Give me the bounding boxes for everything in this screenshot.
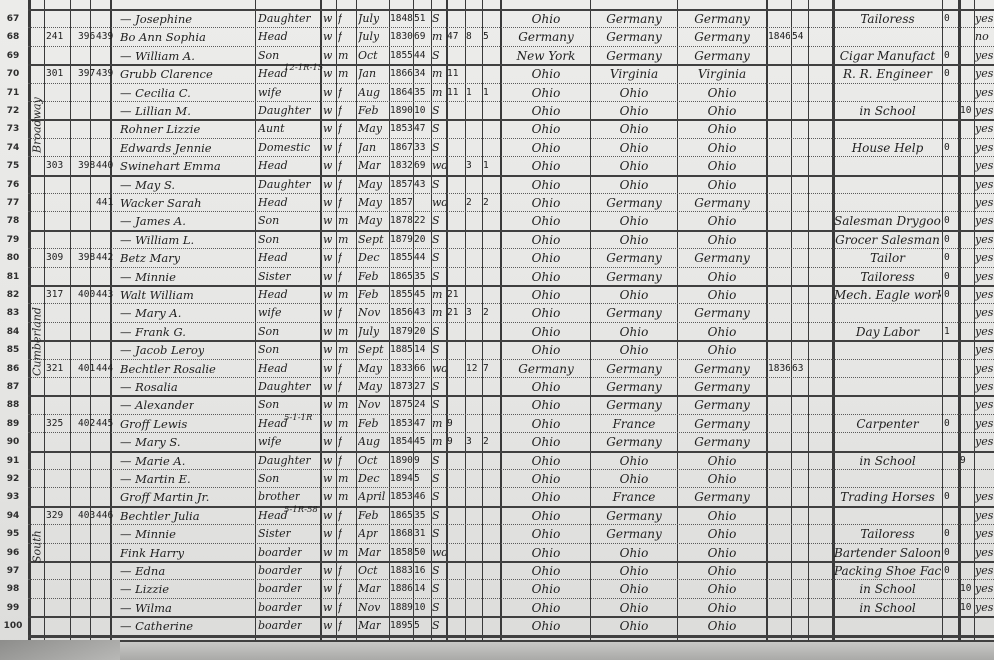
cell-school: 10 [960,601,971,615]
cell-sex: m [338,325,348,339]
line-number: 76 [0,180,26,190]
cell-sex: f [338,159,342,173]
cell-father-bp: Ohio [592,454,676,468]
cell-month: April [358,490,385,504]
cell-color: w [323,288,332,302]
column-rule [110,0,112,640]
line-number: 92 [0,474,26,484]
cell-year: 1894 [390,472,413,486]
column-rule [90,0,91,640]
cell-sex: f [338,196,342,210]
line-number: 81 [0,272,26,282]
cell-month: Aug [358,86,380,100]
column-rule [958,0,961,640]
cell-month: Apr [358,527,378,541]
cell-father-bp: Ohio [592,288,676,302]
cell-sex: f [338,619,342,633]
cell-sex: m [338,398,348,412]
cell-sex: f [338,104,342,118]
row-rule [28,119,994,121]
cell-lit: yes [975,270,993,284]
cell-family: 441 [96,196,113,210]
cell-name: — Catherine [120,619,193,633]
cell-dwelling: 397 [78,67,95,81]
cell-mother-bp: Germany [679,490,765,504]
cell-mother-of: 3 [466,435,472,449]
cell-year: 1854 [390,435,413,449]
cell-mother-bp: Ohio [679,546,765,560]
cell-sex: f [338,141,342,155]
cell-age: 27 [414,380,425,394]
row-rule [28,138,994,139]
cell-year: 1883 [390,564,413,578]
cell-marital: m [432,30,442,44]
row-rule [28,340,994,342]
cell-dwelling: 396 [78,30,95,44]
cell-birthplace: Ohio [503,619,589,633]
cell-month: Dec [358,472,380,486]
cell-color: w [323,417,332,431]
cell-color: w [323,233,332,247]
cell-marital: S [432,454,440,468]
cell-relation: Head [258,159,288,173]
cell-name: Wacker Sarah [120,196,202,210]
cell-color: w [323,582,332,596]
cell-relation: Head [258,30,288,44]
cell-mother-bp: Ohio [679,454,765,468]
cell-relation: wife [258,306,282,320]
line-number: 94 [0,511,26,521]
cell-color: w [323,251,332,265]
cell-lit: yes [975,288,993,302]
cell-mother-bp: Germany [679,30,765,44]
cell-age: 14 [414,582,425,596]
cell-color: w [323,564,332,578]
cell-mother-bp: Ohio [679,270,765,284]
cell-occupation: Mech. Eagle works [834,288,941,302]
cell-age: 5 [414,472,420,486]
cell-lit: no [975,30,989,44]
cell-color: w [323,343,332,357]
cell-birthplace: Ohio [503,141,589,155]
line-number: 87 [0,382,26,392]
cell-relation: Head [258,196,288,210]
cell-mother-bp: Germany [679,380,765,394]
cell-name: — Edna [120,564,165,578]
cell-age: 33 [414,141,425,155]
cell-occupation: Grocer Salesman [834,233,941,247]
cell-marital: m [432,86,442,100]
cell-relation: boarder [258,564,302,578]
cell-relation: Son [258,343,279,357]
cell-color: w [323,398,332,412]
column-rule [832,0,835,640]
cell-color: w [323,546,332,560]
cell-occupation: Cigar Manufact [834,49,941,63]
cell-father-bp: Germany [592,251,676,265]
cell-name: Bechtler Julia [120,509,200,523]
column-rule [791,0,792,640]
cell-lit: yes [975,417,993,431]
cell-father-bp: Ohio [592,546,676,560]
cell-age: 5 [414,619,420,633]
cell-color: w [323,509,332,523]
cell-year: 1832 [390,159,413,173]
cell-occupation: Bartender Saloon [834,546,941,560]
cell-age: 47 [414,122,425,136]
cell-unemployed: 0 [944,214,950,228]
cell-family: 446 [96,509,113,523]
cell-age: 10 [414,601,425,615]
cell-mother-bp: Germany [679,398,765,412]
row-rule [28,616,994,618]
cell-house: 301 [46,67,63,81]
cell-annotation: 5-1-1R [284,411,312,425]
cell-age: 45 [414,288,425,302]
cell-marital: S [432,141,440,155]
cell-age: 51 [414,12,425,26]
cell-color: w [323,601,332,615]
cell-living: 2 [483,435,489,449]
cell-month: Aug [358,435,380,449]
cell-age: 69 [414,159,425,173]
cell-name: — Cecilia C. [120,86,191,100]
cell-marital: S [432,270,440,284]
cell-month: Mar [358,546,381,560]
cell-sex: m [338,288,348,302]
cell-house: 303 [46,159,63,173]
cell-month: Feb [358,509,379,523]
cell-year: 1889 [390,601,413,615]
cell-year: 1864 [390,86,413,100]
cell-mother-bp: Ohio [679,288,765,302]
column-rule [44,0,45,640]
cell-marital: S [432,619,440,633]
cell-father-bp: Ohio [592,472,676,486]
cell-year: 1885 [390,343,413,357]
cell-year: 1855 [390,251,413,265]
cell-occupation: in School [834,104,941,118]
cell-sex: m [338,546,348,560]
cell-lit: yes [975,214,993,228]
cell-month: July [358,30,379,44]
cell-color: w [323,12,332,26]
cell-marital: S [432,380,440,394]
cell-birthplace: Ohio [503,564,589,578]
line-number: 96 [0,548,26,558]
cell-month: Jan [358,141,376,155]
cell-marital: wd [432,546,446,560]
cell-year: 1853 [390,417,413,431]
cell-sex: f [338,380,342,394]
cell-living: 5 [483,30,489,44]
cell-house: 241 [46,30,63,44]
cell-father-bp: Germany [592,306,676,320]
cell-color: w [323,270,332,284]
cell-color: w [323,30,332,44]
cell-unemployed: 0 [944,288,950,302]
cell-mother-bp: Ohio [679,509,765,523]
row-rule [28,101,994,102]
cell-marital: S [432,527,440,541]
row-rule [28,303,994,304]
cell-mother-bp: Ohio [679,86,765,100]
cell-birthplace: Ohio [503,435,589,449]
cell-age: 35 [414,86,425,100]
cell-family: 439 [96,67,113,81]
cell-color: w [323,490,332,504]
cell-year: 1856 [390,306,413,320]
cell-mother-bp: Virginia [679,67,765,81]
cell-name: Betz Mary [120,251,180,265]
line-number: 99 [0,603,26,613]
cell-lit: yes [975,49,993,63]
cell-color: w [323,196,332,210]
line-number: 90 [0,437,26,447]
cell-color: w [323,104,332,118]
cell-lit: yes [975,325,993,339]
cell-living: 1 [483,86,489,100]
cell-father-bp: Ohio [592,233,676,247]
cell-unemployed: 0 [944,251,950,265]
cell-year: 1857 [390,178,413,192]
row-rule [28,156,994,157]
cell-father-bp: Ohio [592,86,676,100]
cell-father-bp: Ohio [592,178,676,192]
cell-year: 1858 [390,546,413,560]
cell-dwelling: 398 [78,251,95,265]
cell-mother-bp: Ohio [679,141,765,155]
cell-unemployed: 0 [944,12,950,26]
row-rule [28,506,994,508]
cell-age: 31 [414,527,425,541]
cell-mother-of: 3 [466,306,472,320]
cell-unemployed: 0 [944,417,950,431]
cell-name: — Alexander [120,398,194,412]
cell-occupation: Carpenter [834,417,941,431]
column-rule [677,0,678,640]
cell-birthplace: Ohio [503,509,589,523]
cell-relation: Daughter [258,104,311,118]
cell-color: w [323,178,332,192]
cell-color: w [323,527,332,541]
column-rule [320,0,322,640]
cell-name: — Mary A. [120,306,181,320]
cell-marital: m [432,306,442,320]
cell-sex: f [338,601,342,615]
cell-annotation: 5-1R-58 [284,503,318,517]
cell-relation: Head [258,362,288,376]
cell-month: Jan [358,67,376,81]
line-number: 82 [0,290,26,300]
cell-relation: Daughter [258,454,311,468]
row-rule [28,377,994,378]
cell-mother-bp: Ohio [679,343,765,357]
cell-occupation: R. R. Engineer [834,67,941,81]
cell-sex: f [338,527,342,541]
cell-name: Swinehart Emma [120,159,221,173]
cell-sex: m [338,343,348,357]
column-rule [70,0,71,640]
cell-relation: Son [258,398,279,412]
cell-birthplace: Ohio [503,122,589,136]
cell-family: 443 [96,288,113,302]
cell-unemployed: 0 [944,49,950,63]
cell-yrs-married: 9 [447,417,453,431]
street-label-cumberland: Cumberland [31,307,44,376]
row-rule [28,267,994,268]
cell-month: Nov [358,306,380,320]
cell-age: 66 [414,362,425,376]
cell-year: 1855 [390,288,413,302]
cell-relation: Head [258,251,288,265]
cell-marital: S [432,343,440,357]
cell-age: 35 [414,270,425,284]
cell-father-bp: Ohio [592,214,676,228]
line-number: 78 [0,216,26,226]
cell-birthplace: Ohio [503,196,589,210]
cell-mother-bp: Ohio [679,233,765,247]
cell-sex: f [338,564,342,578]
cell-marital: S [432,12,440,26]
cell-lit: yes [975,564,993,578]
cell-lit: yes [975,601,993,615]
cell-mother-bp: Germany [679,306,765,320]
cell-name: — James A. [120,214,186,228]
cell-lit: yes [975,490,993,504]
cell-color: w [323,325,332,339]
cell-birthplace: Ohio [503,601,589,615]
cell-name: — William A. [120,49,195,63]
cell-month: Nov [358,398,380,412]
column-rule [356,0,357,640]
cell-name: — Rosalia [120,380,178,394]
cell-birthplace: Ohio [503,12,589,26]
cell-age: 24 [414,398,425,412]
cell-house: 317 [46,288,63,302]
cell-father-bp: Ohio [592,325,676,339]
cell-marital: S [432,104,440,118]
cell-birthplace: Ohio [503,398,589,412]
cell-month: Nov [358,601,380,615]
cell-father-bp: Germany [592,30,676,44]
cell-name: — Minnie [120,527,176,541]
line-number: 77 [0,198,26,208]
cell-sex: f [338,86,342,100]
cell-year: 1868 [390,527,413,541]
cell-month: Mar [358,159,381,173]
cell-marital: m [432,417,442,431]
cell-marital: S [432,251,440,265]
cell-birthplace: Ohio [503,104,589,118]
cell-year: 1875 [390,398,413,412]
row-rule [28,27,994,28]
cell-year: 1873 [390,380,413,394]
cell-age: 10 [414,104,425,118]
cell-relation: Son [258,214,279,228]
cell-sex: f [338,362,342,376]
cell-dwelling: 398 [78,159,95,173]
cell-sex: m [338,67,348,81]
cell-color: w [323,122,332,136]
cell-month: Oct [358,454,378,468]
cell-mother-bp: Ohio [679,564,765,578]
cell-father-bp: Ohio [592,343,676,357]
cell-living: 1 [483,159,489,173]
cell-name: — Martin E. [120,472,191,486]
cell-age: 43 [414,178,425,192]
cell-marital: S [432,564,440,578]
cell-marital: S [432,122,440,136]
cell-name: Edwards Jennie [120,141,212,155]
cell-relation: Son [258,233,279,247]
cell-name: — Lillian M. [120,104,191,118]
cell-mother-bp: Germany [679,12,765,26]
cell-age: 43 [414,306,425,320]
cell-mother-bp: Ohio [679,601,765,615]
cell-birthplace: Ohio [503,472,589,486]
cell-color: w [323,67,332,81]
cell-unemployed: 0 [944,546,950,560]
cell-unemployed: 0 [944,527,950,541]
cell-year: 1879 [390,233,413,247]
row-rule [28,193,994,194]
cell-year: 1853 [390,122,413,136]
cell-yrs-married: 11 [447,67,458,81]
cell-occupation: in School [834,601,941,615]
cell-school: 10 [960,582,971,596]
cell-age: 20 [414,325,425,339]
street-label-south: South [31,530,44,563]
cell-lit: yes [975,527,993,541]
cell-birthplace: Ohio [503,86,589,100]
cell-sex: f [338,251,342,265]
cell-lit: yes [975,67,993,81]
cell-lit: yes [975,306,993,320]
cell-living: 2 [483,306,489,320]
cell-year: 1866 [390,67,413,81]
cell-living: 2 [483,196,489,210]
cell-year: 1857 [390,196,413,210]
cell-sex: f [338,178,342,192]
line-number: 67 [0,14,26,24]
cell-marital: S [432,582,440,596]
line-number: 69 [0,51,26,61]
cell-unemployed: 1 [944,325,950,339]
cell-yrs-married: 9 [447,435,453,449]
cell-relation: Daughter [258,178,311,192]
cell-sex: f [338,509,342,523]
cell-mother-of: 3 [466,159,472,173]
cell-lit: yes [975,343,993,357]
cell-age: 20 [414,233,425,247]
cell-color: w [323,472,332,486]
cell-house: 325 [46,417,63,431]
line-number: 97 [0,566,26,576]
cell-father-bp: Virginia [592,67,676,81]
cell-month: May [358,122,382,136]
line-number: 71 [0,88,26,98]
line-number: 83 [0,308,26,318]
cell-age: 47 [414,417,425,431]
column-rule [590,0,591,640]
cell-birthplace: Ohio [503,546,589,560]
row-rule [28,285,994,287]
row-rule [28,524,994,525]
cell-marital: S [432,472,440,486]
cell-birthplace: Ohio [503,270,589,284]
cell-marital: S [432,178,440,192]
